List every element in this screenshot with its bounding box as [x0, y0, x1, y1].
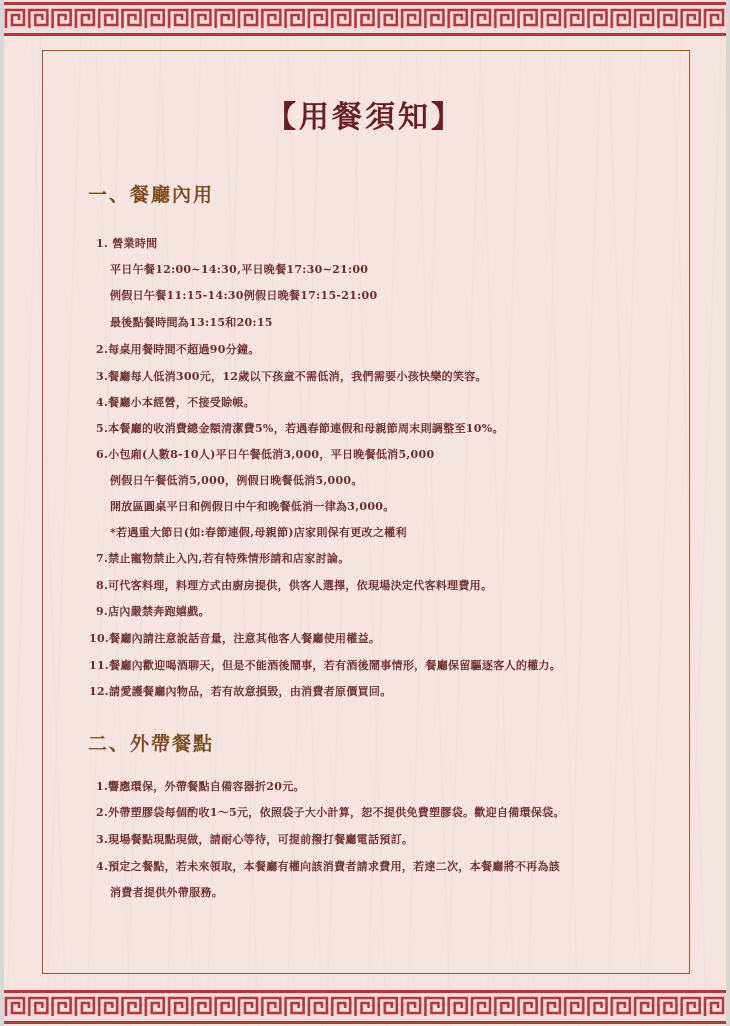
list-item: 4.餐廳小本經營，不接受賒帳。	[96, 394, 255, 410]
list-item: 例假日午餐11:15-14:30例假日晚餐17:15-21:00	[110, 287, 377, 303]
list-item: *若遇重大節日(如:春節連假,母親節)店家則保有更改之權利	[110, 524, 407, 540]
list-item: 7.禁止寵物禁止入內,若有特殊情形請和店家討論。	[96, 550, 350, 566]
page-title: 【用餐須知】	[0, 92, 730, 136]
list-item: 8.可代客料理，料理方式由廚房提供，供客人選擇，依現場決定代客料理費用。	[96, 577, 492, 593]
list-item: 3.現場餐點現點現做，請耐心等待，可提前撥打餐廳電話預訂。	[96, 831, 413, 847]
list-item: 消費者提供外帶服務。	[110, 884, 223, 900]
section-heading-takeout: 二、外帶餐點	[88, 729, 214, 756]
list-item: 10.餐廳內請注意說話音量，注意其他客人餐廳使用權益。	[89, 630, 380, 646]
list-item: 5.本餐廳的收消費總金額清潔費5%，若遇春節連假和母親節周末則調整至10%。	[96, 420, 504, 436]
greek-key-border-bottom	[4, 990, 726, 1024]
list-item: 1.響應環保，外帶餐點自備容器折20元。	[96, 778, 305, 794]
greek-key-pattern	[4, 995, 726, 1019]
list-item: 2.外帶塑膠袋每個酌收1～5元，依照袋子大小計算，恕不提供免費塑膠袋。歡迎自備環…	[96, 804, 565, 820]
list-item: 2.每桌用餐時間不超過90分鐘。	[96, 341, 260, 357]
list-item: 最後點餐時間為13:15和20:15	[110, 314, 273, 330]
list-item: 6.小包廂(人數8-10人)平日午餐低消3,000，平日晚餐低消5,000	[96, 446, 434, 462]
greek-key-border-top	[4, 2, 726, 36]
border-rule	[4, 33, 726, 36]
list-item: 12.請愛護餐廳內物品，若有故意損毀，由消費者原價買回。	[89, 683, 392, 699]
list-item: 1. 營業時間	[96, 235, 157, 251]
list-item: 4.預定之餐點，若未來領取，本餐廳有權向該消費者請求費用，若達二次，本餐廳將不再…	[96, 858, 560, 874]
list-item: 開放區圓桌平日和例假日中午和晚餐低消一律為3,000。	[110, 498, 395, 514]
border-rule	[4, 990, 726, 993]
list-item: 9.店內嚴禁奔跑嬉戲。	[96, 603, 210, 619]
border-rule	[4, 1021, 726, 1024]
list-item: 3.餐廳每人低消300元，12歲以下孩童不需低消，我們需要小孩快樂的笑容。	[96, 368, 487, 384]
border-rule	[4, 2, 726, 5]
list-item: 例假日午餐低消5,000，例假日晚餐低消5,000。	[110, 472, 363, 488]
list-item: 平日午餐12:00~14:30,平日晚餐17:30~21:00	[110, 261, 368, 277]
section-heading-dine-in: 一、餐廳內用	[88, 180, 214, 207]
list-item: 11.餐廳內歡迎喝酒聊天，但是不能酒後鬧事，若有酒後鬧事情形，餐廳保留驅逐客人的…	[89, 657, 561, 673]
greek-key-pattern	[4, 7, 726, 31]
